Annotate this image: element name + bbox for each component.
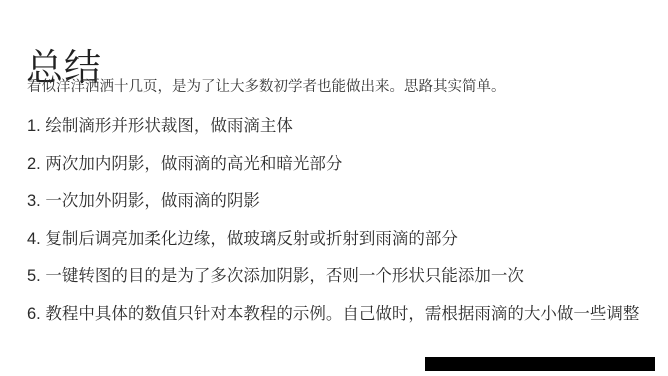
video-scrubber-bar (425, 357, 655, 371)
summary-item-1: 1. 绘制滴形并形状裁图，做雨滴主体 (27, 118, 657, 135)
summary-item-2: 2. 两次加内阴影，做雨滴的高光和暗光部分 (27, 156, 657, 173)
summary-item-3: 3. 一次加外阴影，做雨滴的阴影 (27, 193, 657, 210)
presentation-slide: 总结 看似洋洋洒洒十几页，是为了让大多数初学者也能做出来。思路其实简单。 1. … (0, 0, 668, 376)
summary-item-4: 4. 复制后调亮加柔化边缘，做玻璃反射或折射到雨滴的部分 (27, 231, 657, 248)
slide-subtitle: 看似洋洋洒洒十几页，是为了让大多数初学者也能做出来。思路其实简单。 (27, 78, 506, 97)
summary-item-5: 5. 一键转图的目的是为了多次添加阴影，否则一个形状只能添加一次 (27, 268, 657, 285)
summary-item-6: 6. 教程中具体的数值只针对本教程的示例。自己做时，需根据雨滴的大小做一些调整 (27, 306, 657, 323)
summary-list: 1. 绘制滴形并形状裁图，做雨滴主体 2. 两次加内阴影，做雨滴的高光和暗光部分… (27, 118, 657, 343)
